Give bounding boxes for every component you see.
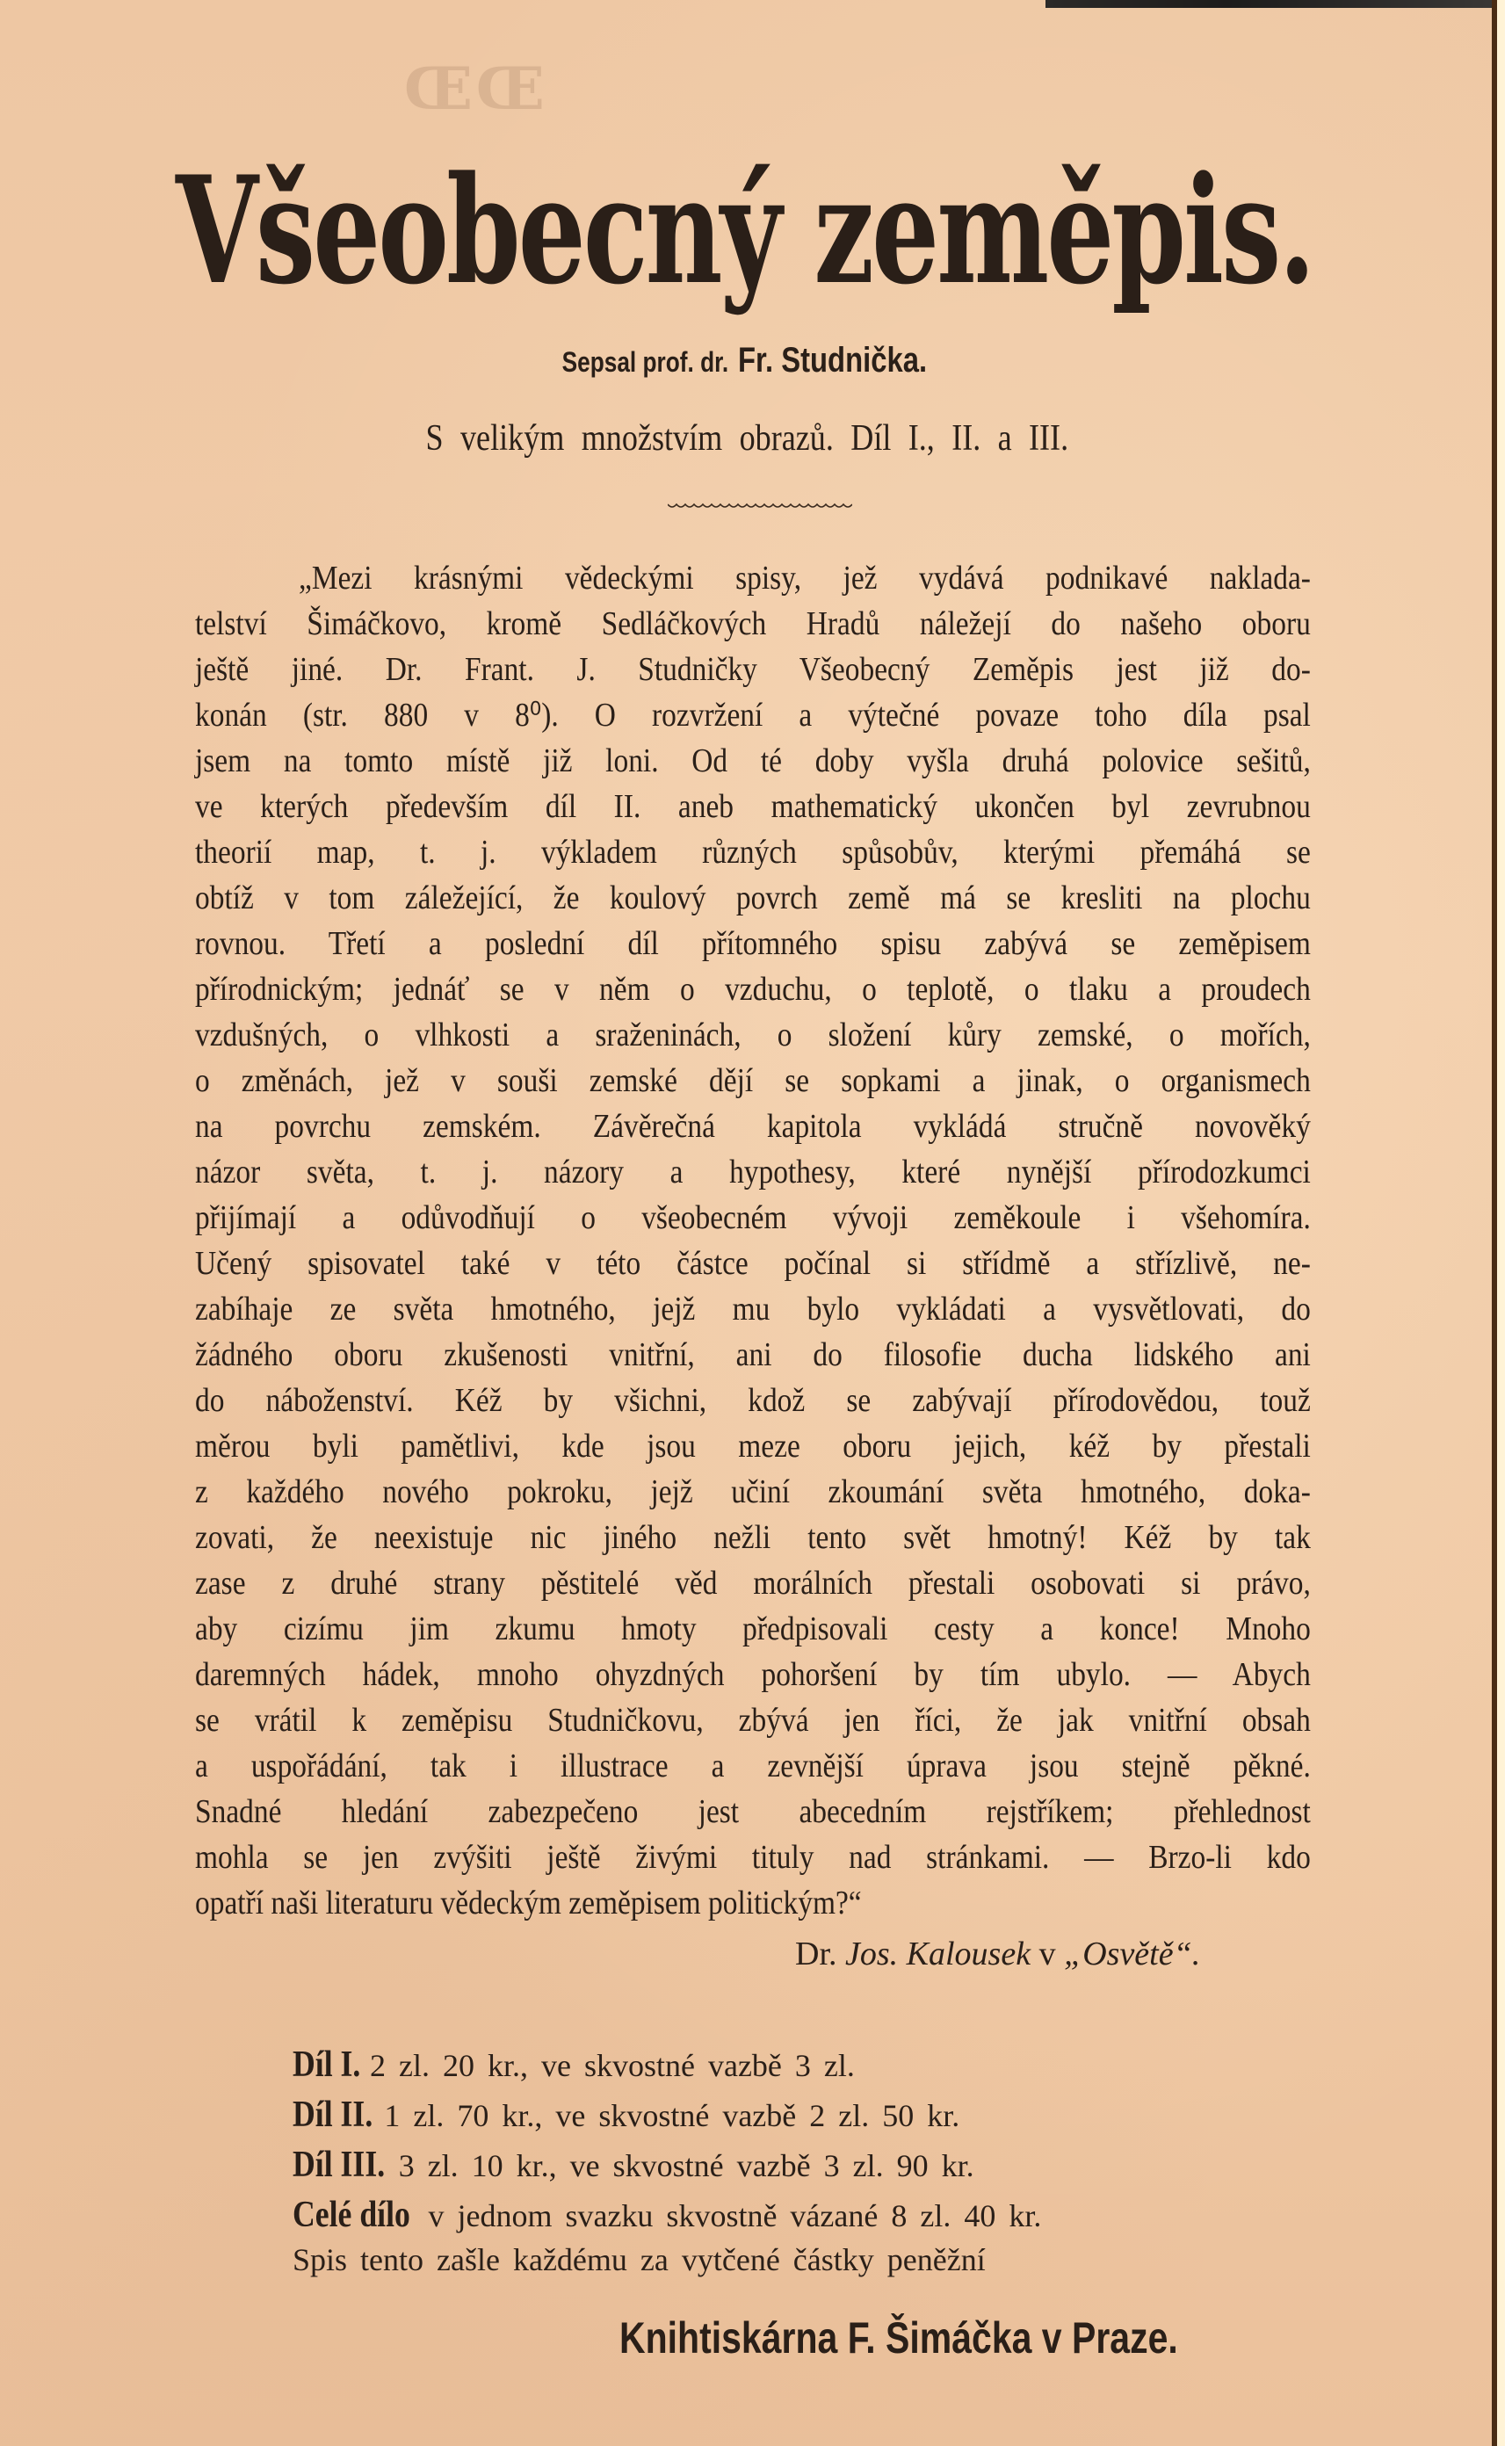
review-line: theorií map, t. j. výkladem různých spůs… xyxy=(195,829,1311,875)
review-signature: Dr. Jos. Kalousek v „Osvětě“. xyxy=(795,1935,1287,1973)
review-line: přírodnickým; jednáť se v něm o vzduchu,… xyxy=(195,966,1311,1012)
ordering-note: Spis tento zašle každému za vytčené část… xyxy=(293,2241,986,2278)
byline-prefix: Sepsal prof. dr. xyxy=(561,346,728,379)
faded-stamp-mark: ŒŒ xyxy=(404,54,562,116)
price-list: Díl I. 2 zl. 20 kr., ve skvostné vazbě 3… xyxy=(293,2040,1303,2240)
review-line: ještě jiné. Dr. Frant. J. Studničky Všeo… xyxy=(195,647,1311,692)
signature-source: „Osvětě“. xyxy=(1064,1936,1200,1972)
review-line: jsem na tomto místě již loni. Od té doby… xyxy=(195,738,1311,784)
volumes-text: S velikým množstvím obrazů. Díl I., II. … xyxy=(425,417,1068,460)
review-line: měrou byli pamětlivi, kde jsou meze obor… xyxy=(195,1423,1311,1469)
document-page: ŒŒ Všeobecný zeměpis. Sepsal prof. dr. F… xyxy=(0,0,1494,2446)
publisher-imprint: Knihtiskárna F. Šimáčka v Praze. xyxy=(619,2312,1178,2363)
price-label: Díl I. xyxy=(293,2040,360,2090)
price-row: Díl I. 2 zl. 20 kr., ve skvostné vazbě 3… xyxy=(293,2040,1303,2090)
review-line: konán (str. 880 v 8⁰). O rozvržení a výt… xyxy=(195,692,1311,738)
page-title: Všeobecný zeměpis. xyxy=(176,156,1327,304)
review-line: a uspořádání, tak i illustrace a zevnějš… xyxy=(195,1743,1311,1789)
review-line: zovati, že neexistuje nic jiného nežli t… xyxy=(195,1515,1311,1560)
price-row: Díl II. 1 zl. 70 kr., ve skvostné vazbě … xyxy=(293,2090,1303,2140)
review-line: o změnách, jež v souši zemské dějí se so… xyxy=(195,1058,1311,1104)
signature-name: Jos. Kalousek xyxy=(845,1936,1031,1972)
price-label: Celé dílo xyxy=(293,2190,410,2240)
review-line: telství Šimáčkovo, kromě Sedláčkových Hr… xyxy=(195,601,1311,647)
binding-strip xyxy=(1045,0,1497,8)
review-line: na povrchu zemském. Závěrečná kapitola v… xyxy=(195,1104,1311,1149)
review-line: Snadné hledání zabezpečeno jest abecední… xyxy=(195,1789,1311,1834)
review-line: ve kterých především díl II. aneb mathem… xyxy=(195,784,1311,829)
page-edge-highlight xyxy=(1497,0,1505,2446)
review-line: zabíhaje ze světa hmotného, jejž mu bylo… xyxy=(195,1286,1311,1332)
review-line: se vrátil k zeměpisu Studničkovu, zbývá … xyxy=(195,1697,1311,1743)
review-line: aby cizímu jim zkumu hmoty předpisovali … xyxy=(195,1606,1311,1652)
price-text: 2 zl. 20 kr., ve skvostné vazbě 3 zl. xyxy=(370,2041,855,2091)
review-line: daremných hádek, mnoho ohyzdných pohorše… xyxy=(195,1652,1311,1697)
price-row: Díl III. 3 zl. 10 kr., ve skvostné vazbě… xyxy=(293,2140,1303,2190)
price-label: Díl III. xyxy=(293,2140,385,2190)
review-line: zase z druhé strany pěstitelé věd moráln… xyxy=(195,1560,1311,1606)
review-line: přijímají a odůvodňují o všeobecném vývo… xyxy=(195,1195,1311,1241)
review-line: rovnou. Třetí a poslední díl přítomného … xyxy=(195,921,1311,966)
price-text: v jednom svazku skvostně vázané 8 zl. 40… xyxy=(428,2191,1041,2241)
volumes-line: S velikým množstvím obrazů. Díl I., II. … xyxy=(0,417,1494,460)
price-text: 1 zl. 70 kr., ve skvostné vazbě 2 zl. 50… xyxy=(384,2091,959,2141)
review-line: z každého nového pokroku, jejž učiní zko… xyxy=(195,1469,1311,1515)
review-line: Učený spisovatel také v této částce počí… xyxy=(195,1241,1311,1286)
review-paragraph: „Mezi krásnými vědeckými spisy, jež vydá… xyxy=(195,555,1311,1926)
review-line: vzdušných, o vlhkosti a sraženinách, o s… xyxy=(195,1012,1311,1058)
wavy-rule-divider xyxy=(668,501,852,513)
review-line: mohla se jen zvýšiti ještě živými tituly… xyxy=(195,1834,1311,1880)
byline: Sepsal prof. dr. Fr. Studnička. xyxy=(0,341,1494,380)
review-line: žádného oboru zkušenosti vnitřní, ani do… xyxy=(195,1332,1311,1378)
review-line: názor světa, t. j. názory a hypothesy, k… xyxy=(195,1149,1311,1195)
price-label: Díl II. xyxy=(293,2090,373,2140)
review-line: obtíž v tom záležející, že koulový povrc… xyxy=(195,875,1311,921)
price-text: 3 zl. 10 kr., ve skvostné vazbě 3 zl. 90… xyxy=(399,2141,974,2191)
byline-author: Fr. Studnička. xyxy=(738,341,927,380)
price-row: Celé dílo v jednom svazku skvostně vázan… xyxy=(293,2190,1303,2240)
signature-prefix: Dr. xyxy=(795,1936,837,1972)
review-line: „Mezi krásnými vědeckými spisy, jež vydá… xyxy=(299,555,1311,601)
review-line: do náboženství. Kéž by všichni, kdož se … xyxy=(195,1378,1311,1423)
signature-mid: v xyxy=(1039,1936,1056,1972)
review-line: opatří naši literaturu vědeckým zeměpise… xyxy=(195,1880,1311,1926)
